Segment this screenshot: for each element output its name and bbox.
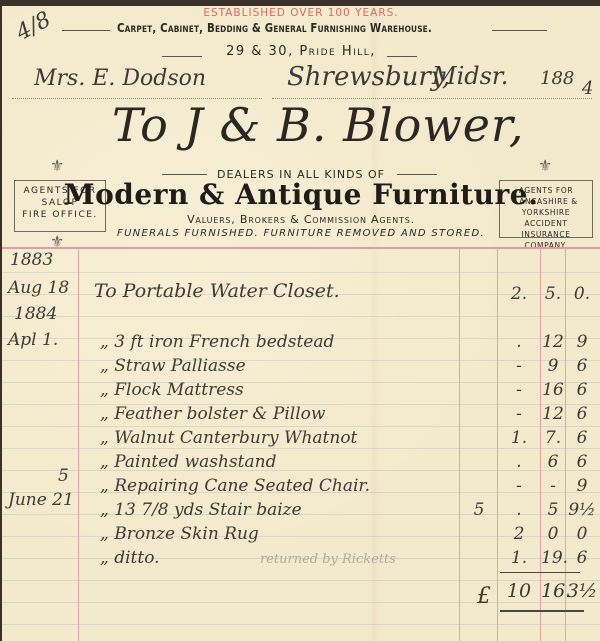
funerals-line: FUNERALS FURNISHED. FURNITURE REMOVED AN…: [2, 228, 600, 239]
entry-date: Aug 18: [8, 278, 69, 298]
total-rule-bottom: [500, 610, 584, 612]
entry-description: „ 13 7/8 yds Stair baize: [100, 500, 302, 520]
address-line: 29 & 30, Pride Hill,: [2, 44, 600, 59]
invoice-year-suffix: 4: [582, 78, 593, 99]
entry-description: „ Straw Palliasse: [100, 356, 246, 376]
entry-pence: 9: [566, 332, 598, 352]
entry-pence: 9: [566, 476, 598, 496]
entry-description: „ Bronze Skin Rug: [100, 524, 259, 544]
entry-description: „ 3 ft iron French bedstead: [100, 332, 334, 352]
invoice-month: Midsr.: [432, 62, 508, 90]
entry-pence: 6: [566, 428, 598, 448]
entry-shillings: 19.: [541, 548, 565, 568]
entry-pence: 6: [566, 380, 598, 400]
flourish-right: [492, 30, 547, 31]
faint-pencil-note: returned by Ricketts: [260, 552, 396, 567]
entry-shillings: 12: [541, 332, 565, 352]
entry-pence: 6: [566, 452, 598, 472]
entry-shillings: 12: [541, 404, 565, 424]
ruled-line: [2, 426, 600, 427]
entry-pounds: -: [500, 476, 538, 496]
entry-date: 1883: [10, 250, 53, 270]
entry-shillings: -: [541, 476, 565, 496]
entry-description: „ Feather bolster & Pillow: [100, 404, 325, 424]
services-line: Valuers, Brokers & Commission Agents.: [2, 213, 600, 226]
total-currency-symbol: £: [477, 584, 491, 609]
entry-description: „ Painted washstand: [100, 452, 276, 472]
ruled-line: [2, 316, 600, 317]
ruled-line: [2, 448, 600, 449]
entry-date: June 21: [8, 490, 74, 510]
entry-pence: 0.: [566, 284, 598, 304]
ruled-line: [2, 602, 600, 603]
entry-description: „ ditto.: [100, 548, 160, 568]
date-column-rule: [78, 249, 79, 641]
entry-description: „ Flock Mattress: [100, 380, 244, 400]
entry-pence: 0: [566, 524, 598, 544]
dealers-flourish-right: [397, 174, 437, 175]
entry-description: „ Walnut Canterbury Whatnot: [100, 428, 357, 448]
entry-pounds: -: [500, 356, 538, 376]
entry-shillings: 0: [541, 524, 565, 544]
entry-shillings: 9: [541, 356, 565, 376]
entry-pounds: .: [500, 452, 538, 472]
entry-shillings: 5: [541, 500, 565, 520]
ledger-top-rule: [2, 247, 600, 249]
pounds-column-rule: [497, 249, 498, 641]
entry-shillings: 16: [541, 380, 565, 400]
entry-pounds: 2.: [500, 284, 538, 304]
invoice-place: Shrewsbury,: [287, 62, 450, 92]
invoice-paper: ESTABLISHED OVER 100 YEARS. Carpet, Cabi…: [2, 6, 600, 641]
entry-pounds: .: [500, 500, 538, 520]
warehouse-heading: Carpet, Cabinet, Bedding & General Furni…: [117, 20, 432, 35]
entry-description: „ Repairing Cane Seated Chair.: [100, 476, 370, 496]
total-shillings: 16.: [541, 580, 565, 602]
entry-date: 5: [58, 466, 69, 486]
entry-pence: 9½: [566, 500, 598, 520]
entry-pounds: -: [500, 380, 538, 400]
entry-pounds: 1.: [500, 548, 538, 568]
invoice-year: 188: [540, 68, 574, 89]
entry-shillings: 7.: [541, 428, 565, 448]
entry-pounds: 2: [500, 524, 538, 544]
trade-heading: Modern & Antique Furniture.: [2, 178, 600, 211]
entry-pence: 6: [566, 404, 598, 424]
entry-pence: 6: [566, 356, 598, 376]
customer-name: Mrs. E. Dodson: [34, 66, 206, 91]
ruled-line: [2, 624, 600, 625]
entry-date: Apl 1.: [8, 330, 58, 350]
entry-qty: 5: [464, 500, 494, 520]
entry-description: To Portable Water Closet.: [94, 280, 340, 302]
flourish-left: [62, 30, 110, 31]
entry-shillings: 5.: [541, 284, 565, 304]
total-rule-top: [500, 572, 580, 573]
entry-pence: 6: [566, 548, 598, 568]
qty-column-rule: [459, 249, 460, 641]
established-banner: ESTABLISHED OVER 100 YEARS.: [2, 7, 600, 19]
total-pence: 3½: [566, 580, 598, 602]
entry-date: 1884: [14, 304, 57, 324]
total-pounds: 10: [500, 580, 538, 602]
entry-shillings: 6: [541, 452, 565, 472]
firm-name: To J & B. Blower,: [112, 98, 524, 152]
entry-pounds: -: [500, 404, 538, 424]
address-flourish-right: [387, 56, 417, 57]
entry-pounds: .: [500, 332, 538, 352]
entry-pounds: 1.: [500, 428, 538, 448]
ruled-line: [2, 272, 600, 273]
